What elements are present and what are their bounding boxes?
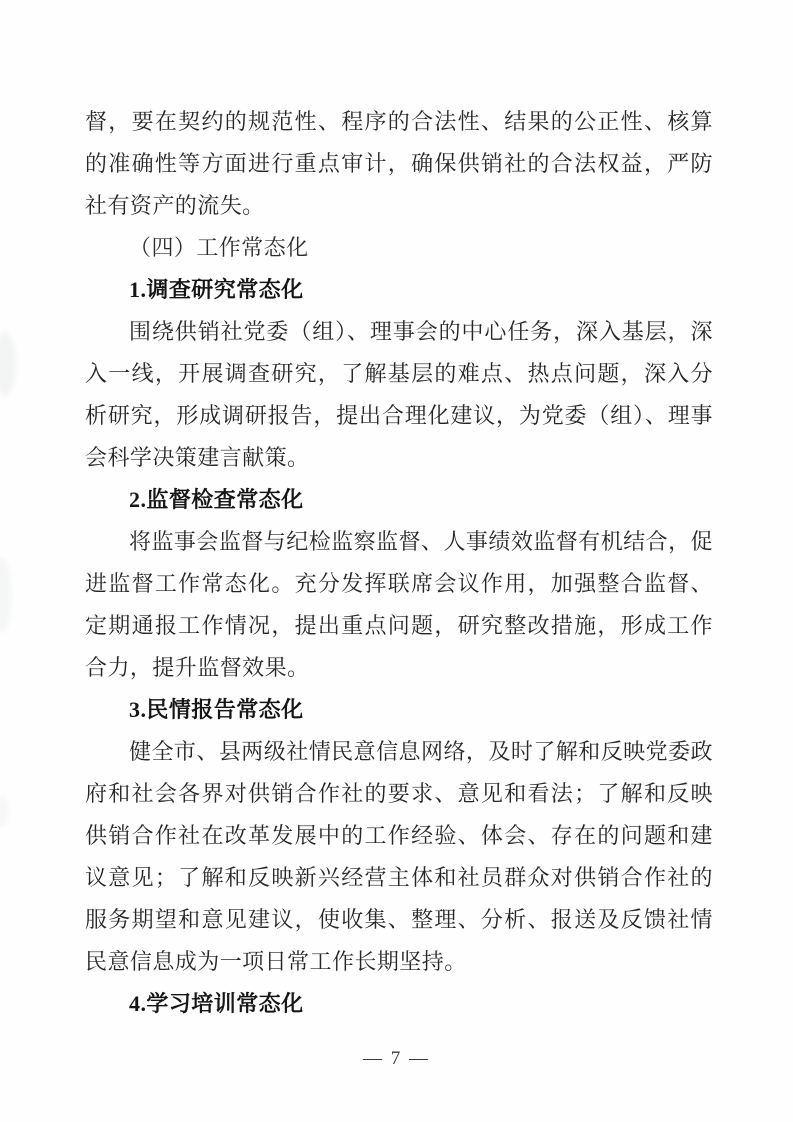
scan-artifact [0, 558, 12, 632]
document-page: 督，要在契约的规范性、程序的合法性、结果的公正性、核算的准确性等方面进行重点审计… [0, 0, 793, 1122]
numbered-heading-2: 2.监督检查常态化 [85, 479, 713, 521]
section-heading-4: （四）工作常态化 [85, 227, 713, 269]
paragraph: 将监事会监督与纪检监察监督、人事绩效监督有机结合，促进监督工作常态化。充分发挥联… [85, 521, 713, 689]
numbered-heading-1: 1.调查研究常态化 [85, 269, 713, 311]
numbered-heading-3: 3.民情报告常态化 [85, 689, 713, 731]
paragraph: 健全市、县两级社情民意信息网络，及时了解和反映党委政府和社会各界对供销合作社的要… [85, 731, 713, 983]
scan-artifact [0, 332, 16, 396]
page-number: — 7 — [0, 1048, 793, 1070]
numbered-heading-4: 4.学习培训常态化 [85, 983, 713, 1025]
document-body: 督，要在契约的规范性、程序的合法性、结果的公正性、核算的准确性等方面进行重点审计… [85, 101, 713, 1025]
paragraph: 围绕供销社党委（组）、理事会的中心任务，深入基层，深入一线，开展调查研究，了解基… [85, 311, 713, 479]
paragraph-continuation: 督，要在契约的规范性、程序的合法性、结果的公正性、核算的准确性等方面进行重点审计… [85, 101, 713, 227]
scan-artifact [0, 796, 9, 826]
